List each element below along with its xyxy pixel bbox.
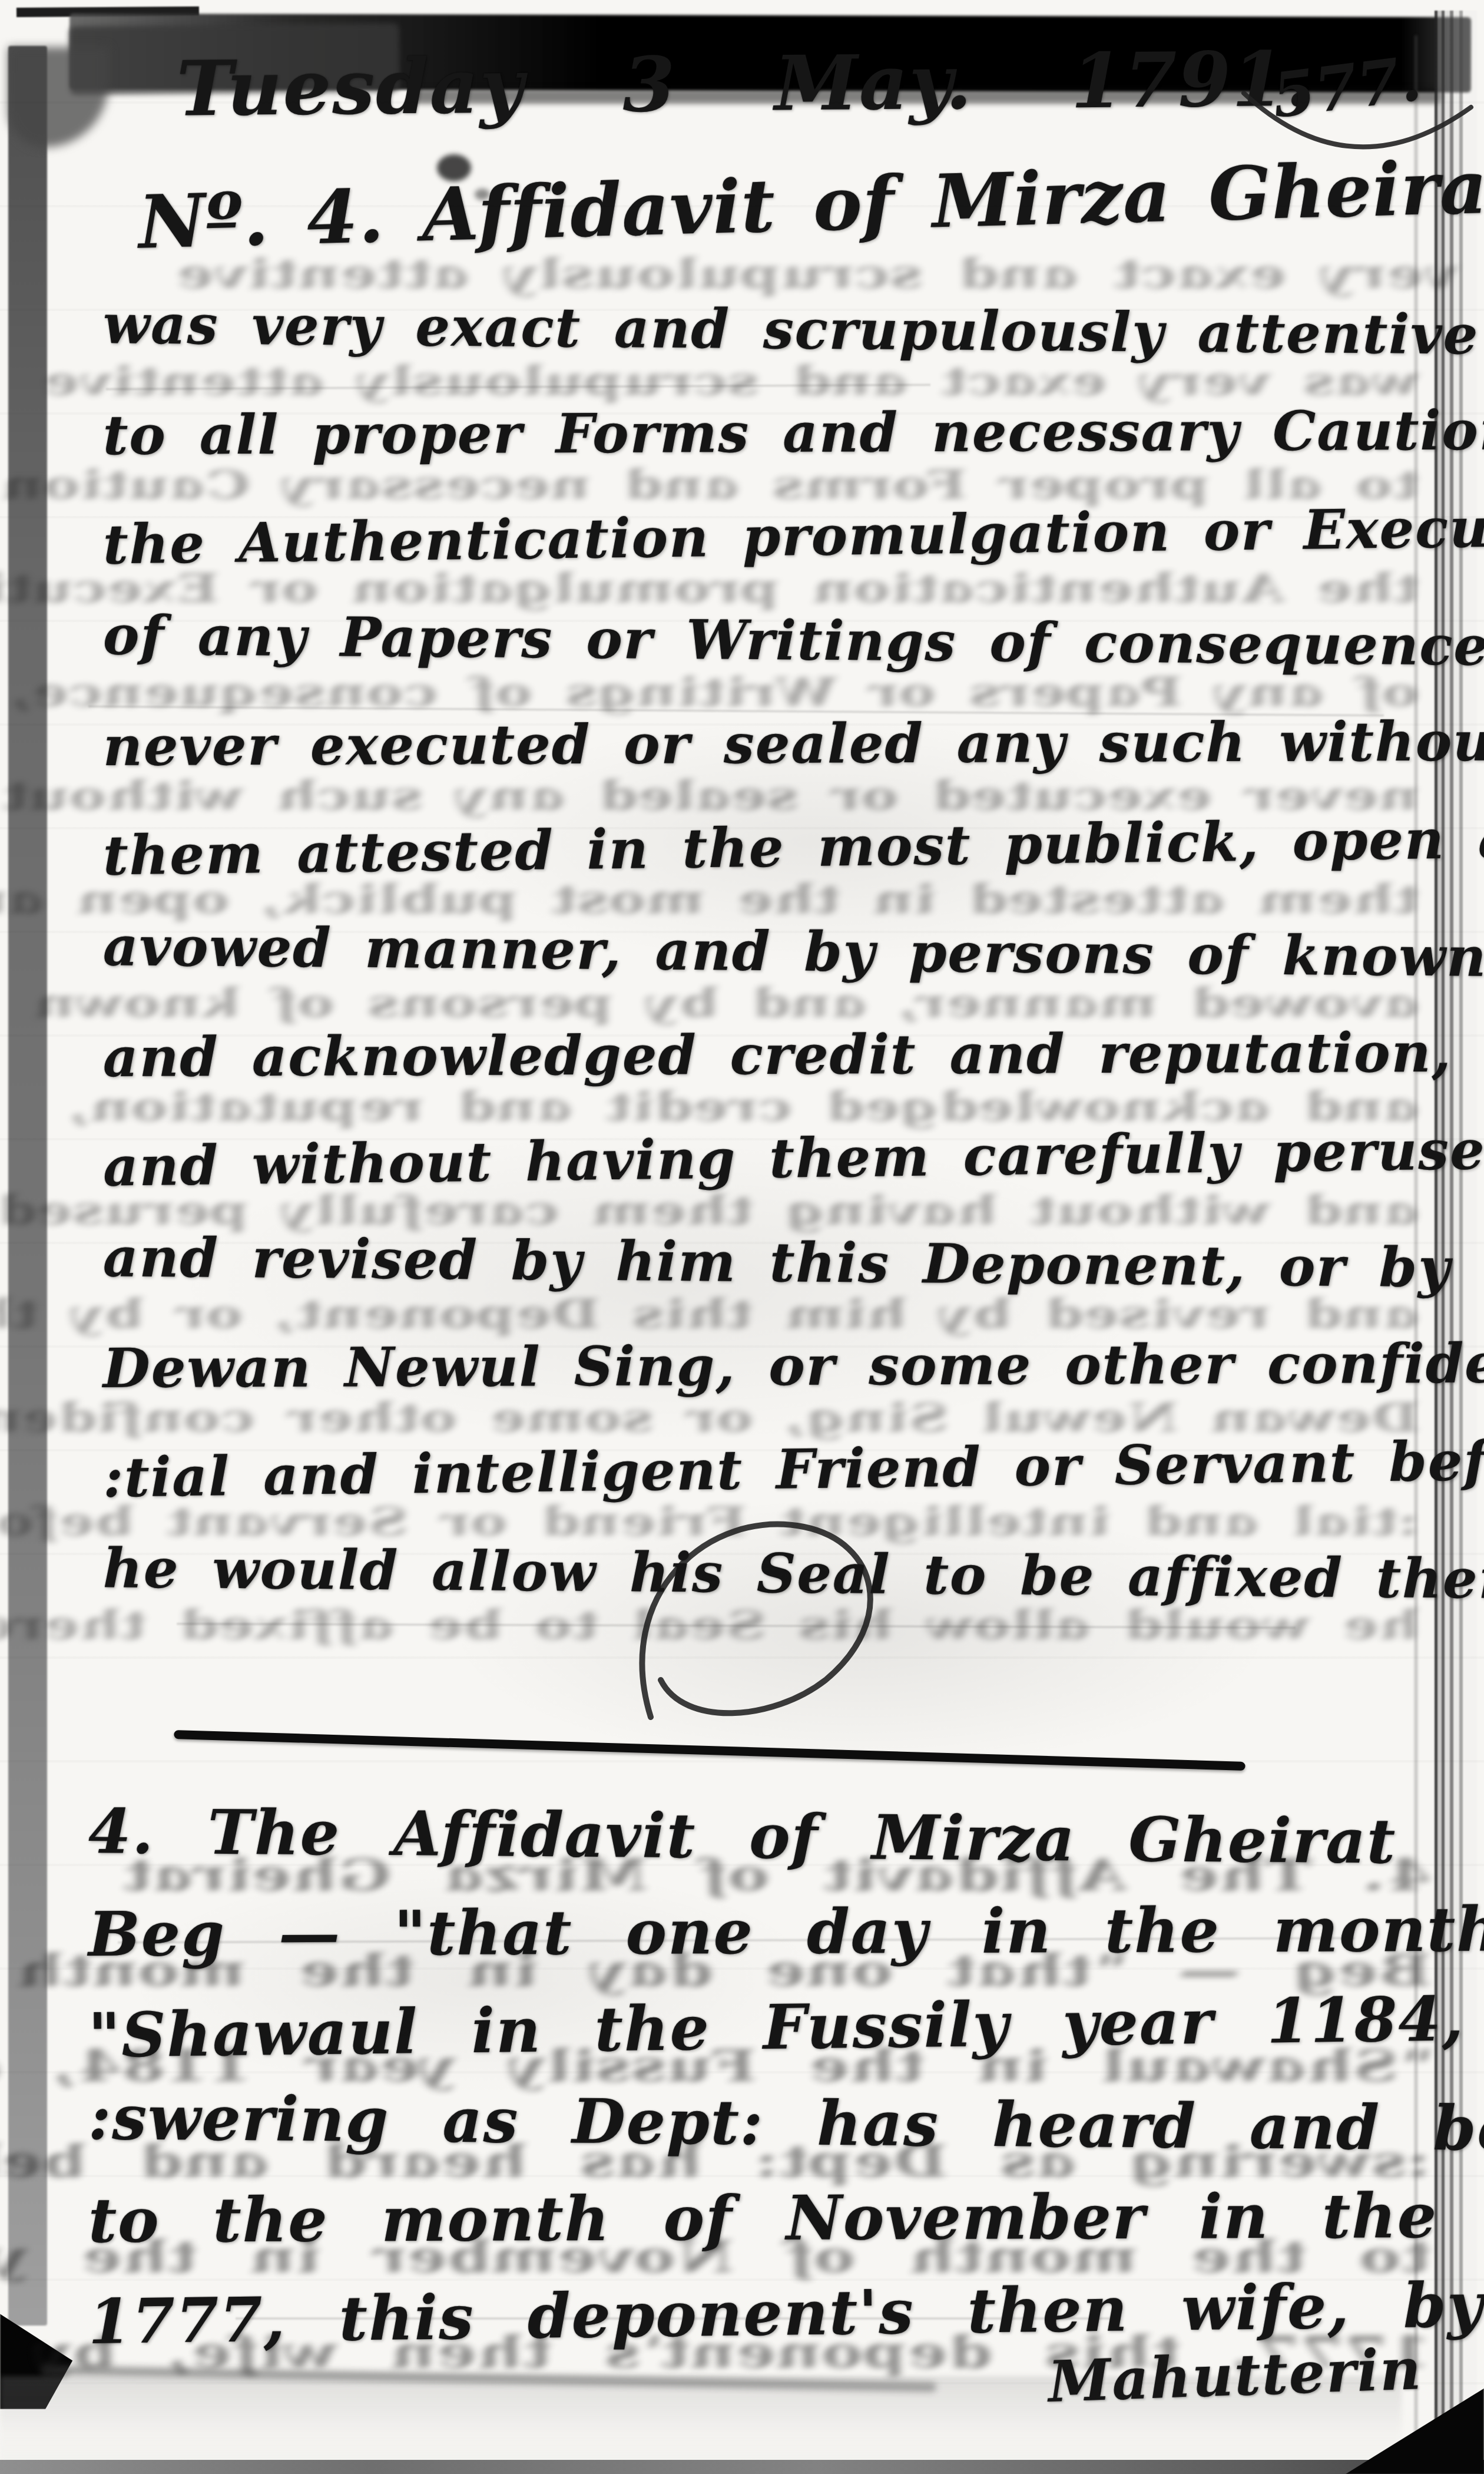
manuscript-line-text: them attested in the most publick, open … — [102, 808, 1419, 887]
manuscript-line-text: the Authentication promulgation or Execu… — [102, 497, 1419, 576]
manuscript-line: Dewan Newul Sing, or some other confiden… — [103, 1334, 1419, 1438]
manuscript-line: them attested in the most publick, open … — [103, 816, 1419, 920]
manuscript-line-text: Beg — "that one day in the month of — [88, 1893, 1431, 1970]
manuscript-line: was very exact and scrupulously attentiv… — [103, 297, 1419, 401]
manuscript-line-text: :swering as Dept: has heard and believes… — [88, 2081, 1432, 2164]
manuscript-line-text: and revised by him this Deponent, or by … — [103, 1225, 1420, 1299]
manuscript-line-text: was very exact and scrupulously attentiv… — [103, 292, 1420, 366]
manuscript-line: never executed or sealed any such withou… — [103, 712, 1419, 816]
manuscript-line: to all proper Forms and necessary Cautio… — [103, 401, 1419, 505]
affidavit-section: 4. The Affidavit of Mirza Gheirat4. The … — [88, 1800, 1431, 2373]
manuscript-line: "Shawaul in the Fussily year 1184, an="S… — [88, 1991, 1431, 2086]
manuscript-line-text: he would allow his Seal to be affixed th… — [103, 1536, 1420, 1610]
heading-date: Tuesday 3 May. 1791. — [176, 35, 1313, 134]
manuscript-line: 4. The Affidavit of Mirza Gheirat4. The … — [88, 1800, 1431, 1896]
scan-artifact-bottom-strip — [0, 2460, 1484, 2474]
manuscript-line-text: avowed manner, and by persons of known — [103, 914, 1420, 988]
manuscript-line: the Authentication promulgation or Execu… — [103, 505, 1419, 608]
manuscript-line: :swering as Dept: has heard and believes… — [88, 2086, 1431, 2182]
manuscript-line-text: to the month of November in the year — [88, 2179, 1431, 2257]
manuscript-line: avowed manner, and by persons of knownav… — [103, 920, 1419, 1023]
book-spine-top-shadow — [8, 47, 108, 147]
manuscript-line-text: 4. The Affidavit of Mirza Gheirat — [88, 1795, 1432, 1878]
manuscript-line-text: and acknowledged credit and reputation, — [103, 1021, 1419, 1089]
manuscript-line-text: :tial and intelligent Friend or Servant … — [102, 1430, 1419, 1509]
body-paragraph: was very exact and scrupulously attentiv… — [103, 297, 1419, 1645]
manuscript-line: to the month of November in the yearto t… — [88, 2182, 1431, 2277]
manuscript-line-text: Dewan Newul Sing, or some other confiden… — [103, 1332, 1419, 1400]
manuscript-line-text: of any Papers or Writings of consequence… — [103, 603, 1420, 677]
manuscript-line: of any Papers or Writings of consequence… — [103, 608, 1419, 712]
bleedthrough-ghost-text: avowed manner, and by persons of known — [97, 980, 1425, 1026]
manuscript-line: and acknowledged credit and reputation,a… — [103, 1023, 1419, 1127]
manuscript-line: and revised by him this Deponent, or by … — [103, 1231, 1419, 1334]
bleedthrough-ghost-text: and revised by him this Deponent, or by … — [97, 1291, 1425, 1337]
manuscript-line: 1777, this deponent's then wife, by name… — [88, 2277, 1431, 2373]
manuscript-line-text: and without having them carefully peruse… — [102, 1119, 1419, 1198]
manuscript-line: and without having them carefully peruse… — [103, 1127, 1419, 1231]
bleedthrough-ghost: was very exact and scrupulously attentiv… — [171, 250, 1484, 297]
entry-title: Nº. 4. Affidavit of Mirza Gheirat Beg. — [138, 138, 1484, 265]
bleedthrough-ghost-text: of any Papers or Writings of consequence… — [97, 669, 1425, 715]
ink-flourish — [601, 1484, 930, 1738]
manuscript-line-text: never executed or sealed any such withou… — [103, 710, 1419, 778]
manuscript-line-text: to all proper Forms and necessary Cautio… — [103, 399, 1419, 467]
scanned-manuscript-page: Tuesday 3 May. 1791. 577. Nº. 4. Affidav… — [0, 0, 1484, 2474]
bleedthrough-ghost-text: was very exact and scrupulously attentiv… — [97, 358, 1425, 404]
manuscript-line: Beg — "that one day in the month ofBeg —… — [88, 1896, 1431, 1991]
